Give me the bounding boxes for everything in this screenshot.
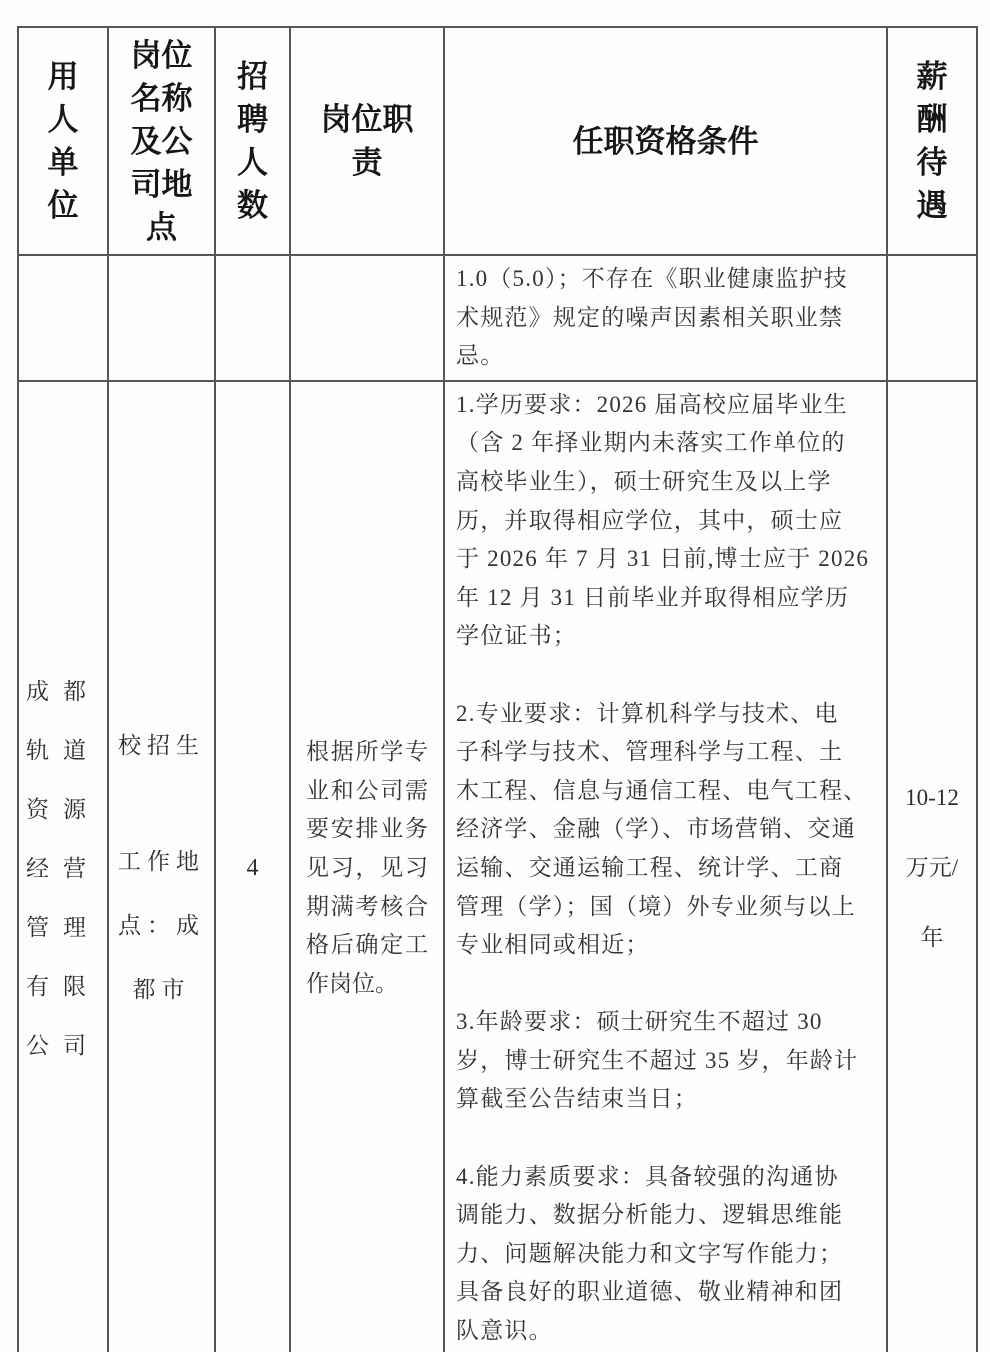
cell-empty-position — [108, 255, 215, 381]
table-row-continuation: 1.0（5.0）；不存在《职业健康监护技 术规范》规定的噪声因素相关职业禁 忌。 — [18, 255, 977, 381]
cell-empty-salary — [887, 255, 977, 381]
cell-position-and-location: 校招生 工作地点：成都市 — [108, 381, 215, 1352]
header-headcount: 招聘人数 — [215, 27, 290, 255]
cell-qualifications-continuation: 1.0（5.0）；不存在《职业健康监护技 术规范》规定的噪声因素相关职业禁 忌。 — [444, 255, 887, 381]
cell-empty-duties — [290, 255, 444, 381]
cell-employer: 成都轨道资源经营管理有限公司 — [18, 381, 108, 1352]
header-qualifications: 任职资格条件 — [444, 27, 887, 255]
position-name: 校招生 — [118, 714, 205, 778]
cell-duties: 根据所学专业和公司需要安排业务见习，见习期满考核合格后确定工作岗位。 — [290, 381, 444, 1352]
cell-empty-headcount — [215, 255, 290, 381]
cell-salary: 10-12 万元/年 — [887, 381, 977, 1352]
recruitment-table: 用人单位 岗位名称及公司地点 招聘人数 岗位职责 任职资格条件 薪酬待遇 1.0… — [17, 26, 978, 1352]
header-duties: 岗位职责 — [290, 27, 444, 255]
header-position-and-location: 岗位名称及公司地点 — [108, 27, 215, 255]
cell-qualifications: 1.学历要求：2026 届高校应届毕业生 （含 2 年择业期内未落实工作单位的 … — [444, 381, 887, 1352]
scanned-recruitment-document: 用人单位 岗位名称及公司地点 招聘人数 岗位职责 任职资格条件 薪酬待遇 1.0… — [0, 0, 990, 1352]
header-salary: 薪酬待遇 — [887, 27, 977, 255]
header-employer: 用人单位 — [18, 27, 108, 255]
table-row-job: 成都轨道资源经营管理有限公司 校招生 工作地点：成都市 4 根据所学专业和公司需… — [18, 381, 977, 1352]
work-location: 工作地点：成都市 — [118, 830, 205, 1022]
cell-empty-employer — [18, 255, 108, 381]
cell-headcount: 4 — [215, 381, 290, 1352]
table-header-row: 用人单位 岗位名称及公司地点 招聘人数 岗位职责 任职资格条件 薪酬待遇 — [18, 27, 977, 255]
